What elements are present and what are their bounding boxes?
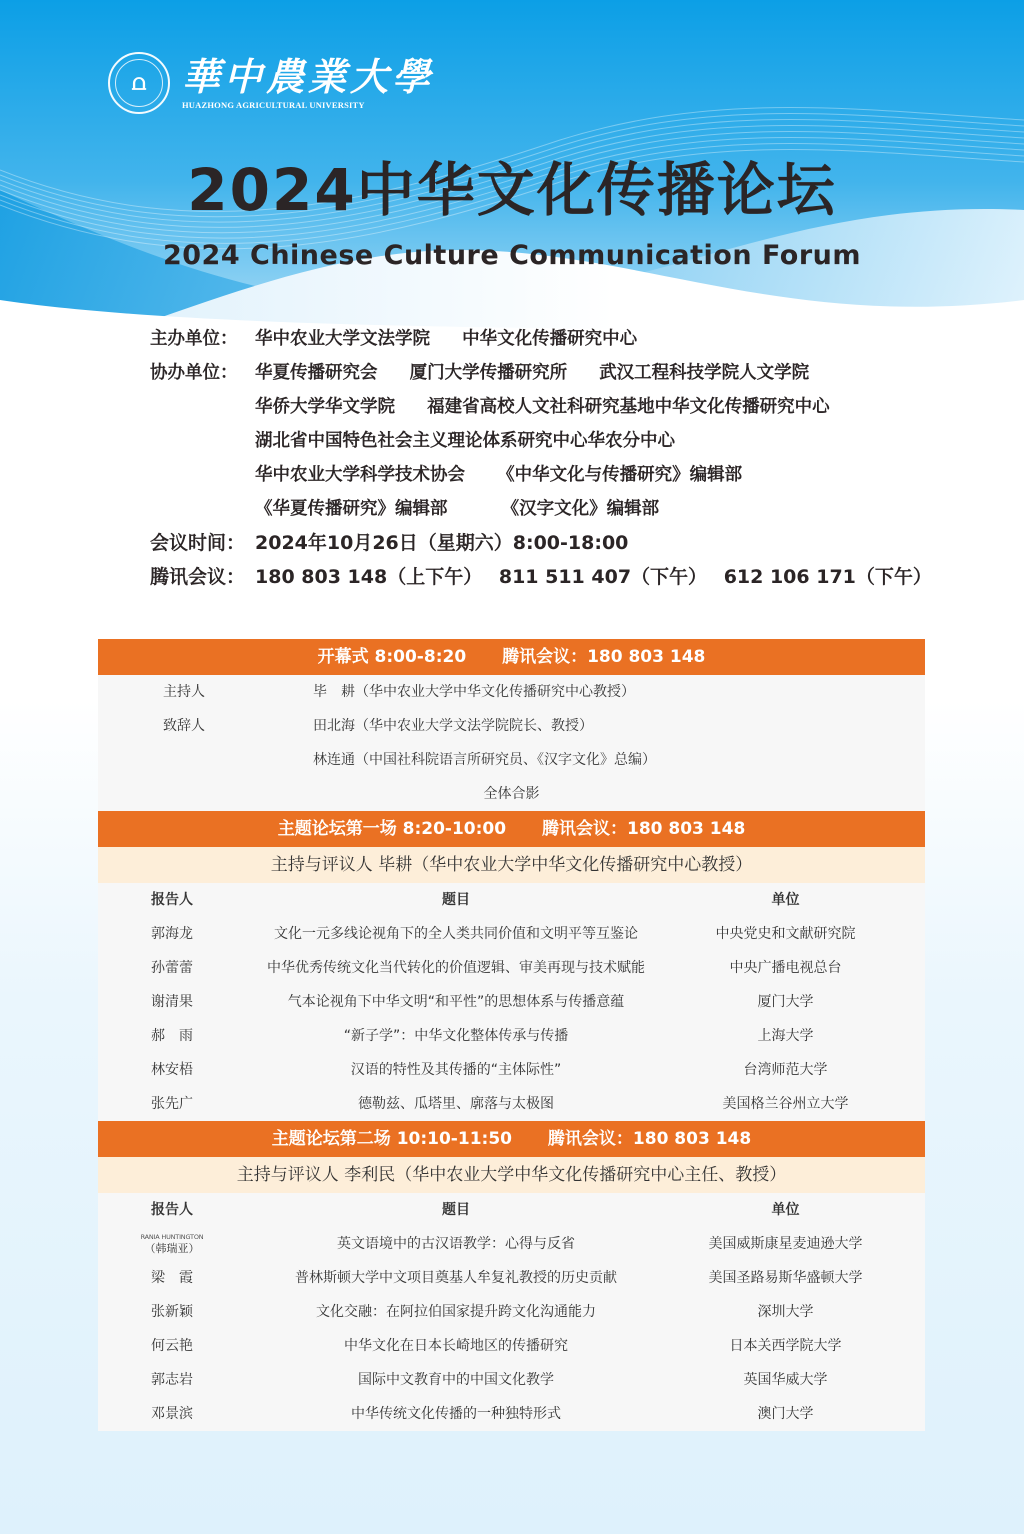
speaker-name: 梁 霞 <box>98 1261 246 1295</box>
speaker-unit: 中央党史和文献研究院 <box>666 917 925 951</box>
co-host-org: 华中农业大学科学技术协会 <box>255 465 465 485</box>
column-header-unit: 单位 <box>666 1193 925 1227</box>
talk-topic: 中华文化在日本长崎地区的传播研究 <box>246 1329 666 1363</box>
speaker-name: 郝 雨 <box>98 1019 246 1053</box>
table-row: 张新颖 文化交融：在阿拉伯国家提升跨文化沟通能力 深圳大学 <box>98 1295 925 1329</box>
table-row: 谢清果 气本论视角下中华文明“和平性”的思想体系与传播意蕴 厦门大学 <box>98 985 925 1019</box>
co-host-org: 《汉字文化》编辑部 <box>502 499 660 519</box>
speaker-name-en: RANIA HUNTINGTON <box>141 1234 204 1241</box>
talk-topic: “新子学”：中华文化整体传承与传播 <box>246 1019 666 1053</box>
meeting-time-label: 会议时间： <box>150 526 255 560</box>
person-text: 田北海（华中农业大学文法学院院长、教授） <box>313 709 925 743</box>
tencent-meeting-label: 腾讯会议： <box>150 560 255 594</box>
co-host-org: 福建省高校人文社科研究基地中华文化传播研究中心 <box>427 397 830 417</box>
talk-topic: 中华优秀传统文化当代转化的价值逻辑、审美再现与技术赋能 <box>246 951 666 985</box>
co-host-org: 厦门大学传播研究所 <box>410 363 568 383</box>
opening-row: 致辞人 田北海（华中农业大学文法学院院长、教授） <box>98 709 925 743</box>
talk-topic: 汉语的特性及其传播的“主体际性” <box>246 1053 666 1087</box>
speaker-unit: 美国威斯康星麦迪逊大学 <box>666 1227 925 1261</box>
co-host-org: 湖北省中国特色社会主义理论体系研究中心华农分中心 <box>255 431 675 451</box>
forum-info: 主办单位： 华中农业大学文法学院 中华文化传播研究中心 协办单位： 华夏传播研究… <box>150 322 970 594</box>
speaker-name: RANIA HUNTINGTON （韩瑞亚） <box>98 1227 246 1261</box>
section-header-opening: 开幕式 8:00-8:20 腾讯会议：180 803 148 <box>98 639 925 675</box>
meeting-time-row: 会议时间： 2024年10月26日（星期六）8:00-18:00 <box>150 526 970 560</box>
table-row: 邓景滨 中华传统文化传播的一种独特形式 澳门大学 <box>98 1397 925 1431</box>
opening-row: 主持人 毕 耕（华中农业大学中华文化传播研究中心教授） <box>98 675 925 709</box>
tencent-meeting-id: 811 511 407（下午） <box>499 566 707 588</box>
talk-topic: 中华传统文化传播的一种独特形式 <box>246 1397 666 1431</box>
co-host-org: 武汉工程科技学院人文学院 <box>599 363 809 383</box>
schedule-table: 开幕式 8:00-8:20 腾讯会议：180 803 148 主持人 毕 耕（华… <box>98 639 925 1431</box>
co-host-org: 华夏传播研究会 <box>255 363 378 383</box>
speaker-name: 林安梧 <box>98 1053 246 1087</box>
section-header-session-2: 主题论坛第二场 10:10-11:50 腾讯会议：180 803 148 <box>98 1121 925 1157</box>
university-name-cn: 華中農業大學 <box>182 56 434 98</box>
role-label: 主持人 <box>98 675 313 709</box>
speaker-unit: 中央广播电视总台 <box>666 951 925 985</box>
table-row: 张先广 德勒兹、瓜塔里、廓落与太极图 美国格兰谷州立大学 <box>98 1087 925 1121</box>
speaker-unit: 英国华威大学 <box>666 1363 925 1397</box>
tencent-meeting-row: 腾讯会议： 180 803 148（上下午） 811 511 407（下午） 6… <box>150 560 970 594</box>
co-host-org: 《华夏传播研究》编辑部 <box>255 499 448 519</box>
group-photo-text: 全体合影 <box>98 777 925 811</box>
section-title: 主题论坛第一场 8:20-10:00 <box>278 819 506 839</box>
table-row: 孙蕾蕾 中华优秀传统文化当代转化的价值逻辑、审美再现与技术赋能 中央广播电视总台 <box>98 951 925 985</box>
moderator-band: 主持与评议人 毕耕（华中农业大学中华文化传播研究中心教授） <box>98 847 925 883</box>
speaker-name-cn: （韩瑞亚） <box>145 1243 200 1254</box>
tencent-meeting-id: 612 106 171（下午） <box>724 566 932 588</box>
speaker-name: 何云艳 <box>98 1329 246 1363</box>
speaker-unit: 澳门大学 <box>666 1397 925 1431</box>
column-header-speaker: 报告人 <box>98 1193 246 1227</box>
co-host-row: 华侨大学华文学院 福建省高校人文社科研究基地中华文化传播研究中心 <box>150 390 970 424</box>
speaker-unit: 日本关西学院大学 <box>666 1329 925 1363</box>
talk-topic: 英文语境中的古汉语教学：心得与反省 <box>246 1227 666 1261</box>
speaker-unit: 深圳大学 <box>666 1295 925 1329</box>
table-header-row: 报告人 题目 单位 <box>98 883 925 917</box>
talk-topic: 国际中文教育中的中国文化教学 <box>246 1363 666 1397</box>
section-meeting-id: 腾讯会议：180 803 148 <box>502 647 705 667</box>
opening-row: 林连通（中国社科院语言所研究员、《汉字文化》总编） <box>98 743 925 777</box>
column-header-topic: 题目 <box>246 1193 666 1227</box>
table-row: 郭志岩 国际中文教育中的中国文化教学 英国华威大学 <box>98 1363 925 1397</box>
co-host-row: 华中农业大学科学技术协会 《中华文化与传播研究》编辑部 <box>150 458 970 492</box>
host-label: 主办单位： <box>150 322 255 356</box>
moderator-band: 主持与评议人 李利民（华中农业大学中华文化传播研究中心主任、教授） <box>98 1157 925 1193</box>
table-row: 林安梧 汉语的特性及其传播的“主体际性” 台湾师范大学 <box>98 1053 925 1087</box>
tencent-meeting-id: 180 803 148（上下午） <box>255 566 482 588</box>
person-text: 林连通（中国社科院语言所研究员、《汉字文化》总编） <box>313 743 925 777</box>
column-header-topic: 题目 <box>246 883 666 917</box>
speaker-name: 孙蕾蕾 <box>98 951 246 985</box>
speaker-name: 张先广 <box>98 1087 246 1121</box>
host-org: 中华文化传播研究中心 <box>462 329 637 349</box>
co-host-row: 《华夏传播研究》编辑部 《汉字文化》编辑部 <box>150 492 970 526</box>
speaker-unit: 美国圣路易斯华盛顿大学 <box>666 1261 925 1295</box>
host-row: 主办单位： 华中农业大学文法学院 中华文化传播研究中心 <box>150 322 970 356</box>
table-row: 郝 雨 “新子学”：中华文化整体传承与传播 上海大学 <box>98 1019 925 1053</box>
person-text: 毕 耕（华中农业大学中华文化传播研究中心教授） <box>313 675 925 709</box>
speaker-unit: 厦门大学 <box>666 985 925 1019</box>
role-label: 致辞人 <box>98 709 313 743</box>
speaker-unit: 台湾师范大学 <box>666 1053 925 1087</box>
talk-topic: 气本论视角下中华文明“和平性”的思想体系与传播意蕴 <box>246 985 666 1019</box>
table-row: RANIA HUNTINGTON （韩瑞亚） 英文语境中的古汉语教学：心得与反省… <box>98 1227 925 1261</box>
speaker-unit: 美国格兰谷州立大学 <box>666 1087 925 1121</box>
meeting-time-value: 2024年10月26日（星期六）8:00-18:00 <box>255 526 970 560</box>
table-row: 郭海龙 文化一元多线论视角下的全人类共同价值和文明平等互鉴论 中央党史和文献研究… <box>98 917 925 951</box>
column-header-speaker: 报告人 <box>98 883 246 917</box>
speaker-name: 张新颖 <box>98 1295 246 1329</box>
column-header-unit: 单位 <box>666 883 925 917</box>
university-seal-icon: ⩍ <box>108 52 170 114</box>
section-header-session-1: 主题论坛第一场 8:20-10:00 腾讯会议：180 803 148 <box>98 811 925 847</box>
co-host-org: 《中华文化与传播研究》编辑部 <box>497 465 742 485</box>
co-host-org: 华侨大学华文学院 <box>255 397 395 417</box>
page-title-en: 2024 Chinese Culture Communication Forum <box>0 238 1024 274</box>
talk-topic: 普林斯顿大学中文项目奠基人牟复礼教授的历史贡献 <box>246 1261 666 1295</box>
university-logo: ⩍ 華中農業大學 HUAZHONG AGRICULTURAL UNIVERSIT… <box>108 52 434 114</box>
talk-topic: 文化交融：在阿拉伯国家提升跨文化沟通能力 <box>246 1295 666 1329</box>
opening-row: 全体合影 <box>98 777 925 811</box>
page-title-cn: 2024中华文化传播论坛 <box>0 150 1024 230</box>
section-title: 开幕式 8:00-8:20 <box>318 647 467 667</box>
speaker-name: 郭海龙 <box>98 917 246 951</box>
university-name-en: HUAZHONG AGRICULTURAL UNIVERSITY <box>182 100 434 110</box>
table-row: 梁 霞 普林斯顿大学中文项目奠基人牟复礼教授的历史贡献 美国圣路易斯华盛顿大学 <box>98 1261 925 1295</box>
speaker-name: 邓景滨 <box>98 1397 246 1431</box>
talk-topic: 德勒兹、瓜塔里、廓落与太极图 <box>246 1087 666 1121</box>
talk-topic: 文化一元多线论视角下的全人类共同价值和文明平等互鉴论 <box>246 917 666 951</box>
seal-glyph: ⩍ <box>132 72 146 94</box>
speaker-name: 郭志岩 <box>98 1363 246 1397</box>
section-title: 主题论坛第二场 10:10-11:50 <box>272 1129 512 1149</box>
section-meeting-id: 腾讯会议：180 803 148 <box>542 819 745 839</box>
speaker-name: 谢清果 <box>98 985 246 1019</box>
table-row: 何云艳 中华文化在日本长崎地区的传播研究 日本关西学院大学 <box>98 1329 925 1363</box>
co-host-row: 湖北省中国特色社会主义理论体系研究中心华农分中心 <box>150 424 970 458</box>
table-header-row: 报告人 题目 单位 <box>98 1193 925 1227</box>
speaker-unit: 上海大学 <box>666 1019 925 1053</box>
role-label <box>98 743 313 777</box>
host-org: 华中农业大学文法学院 <box>255 329 430 349</box>
section-meeting-id: 腾讯会议：180 803 148 <box>548 1129 751 1149</box>
co-host-row: 协办单位： 华夏传播研究会 厦门大学传播研究所 武汉工程科技学院人文学院 <box>150 356 970 390</box>
co-host-label: 协办单位： <box>150 356 255 390</box>
